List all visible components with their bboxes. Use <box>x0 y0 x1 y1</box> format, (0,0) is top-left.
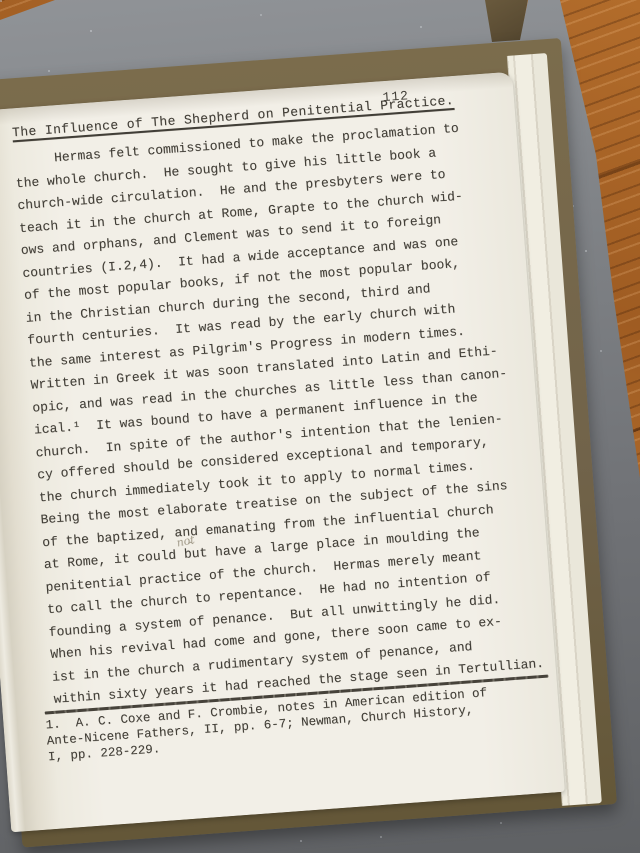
handwritten-insertion: not ^ <box>176 529 195 549</box>
body-text: Hermas felt commissioned to make the pro… <box>13 114 544 711</box>
insertion-caret-icon: ^ <box>187 541 195 552</box>
photo-of-typewritten-page: 112 The Influence of The Shepherd on Pen… <box>0 0 640 853</box>
typewritten-page: 112 The Influence of The Shepherd on Pen… <box>0 72 565 833</box>
open-book: 112 The Influence of The Shepherd on Pen… <box>0 72 565 833</box>
foam-texture <box>0 0 2 2</box>
